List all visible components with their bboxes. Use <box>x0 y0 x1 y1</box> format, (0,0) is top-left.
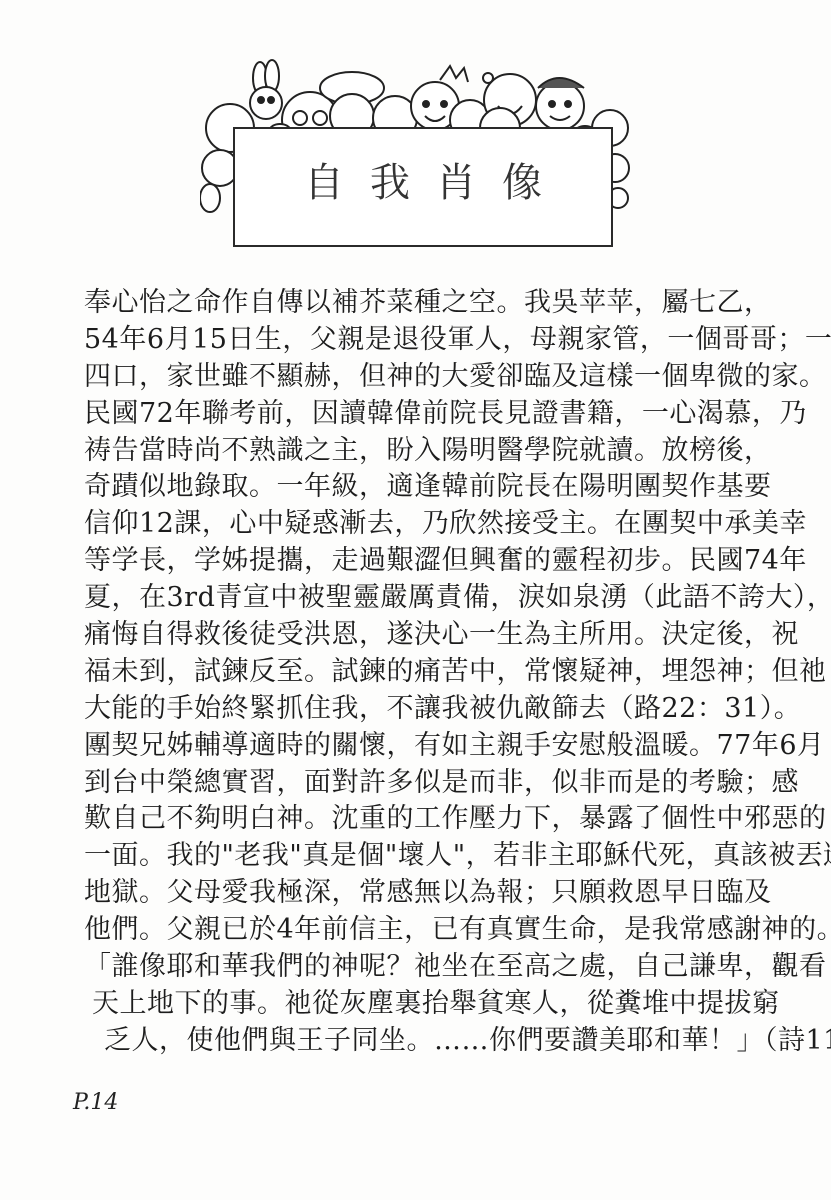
text-line: 地獄。父母愛我極深，常感無以為報；只願救恩早日臨及 <box>84 875 774 912</box>
page-title: 自我肖像 <box>235 151 611 208</box>
text-line: 祷告當時尚不熟識之主，盼入陽明醫學院就讀。放榜後， <box>84 433 774 470</box>
text-line: 奉心怡之命作自傳以補芥菜種之空。我吳苹苹，屬七乙， <box>84 285 774 322</box>
page-number: P.14 <box>73 1090 118 1115</box>
document-page: 自我肖像 奉心怡之命作自傳以補芥菜種之空。我吳苹苹，屬七乙， 54年6月15日生… <box>0 0 831 1200</box>
text-line: 一面。我的"老我"真是個"壞人"，若非主耶穌代死，真該被丟進 <box>84 838 774 875</box>
title-sign: 自我肖像 <box>233 127 613 247</box>
scripture-quote-line: 乏人，使他們與王子同坐。……你們要讚美耶和華！」（詩113） <box>84 1023 774 1060</box>
text-line: 民國72年聯考前，因讀韓偉前院長見證書籍，一心渴慕，乃 <box>84 396 774 433</box>
scripture-quote-line: 「誰像耶和華我們的神呢？祂坐在至高之處，自己謙卑，觀看 <box>84 949 774 986</box>
scripture-quote-line: 天上地下的事。祂從灰塵裏抬舉貧寒人，從糞堆中提拔窮 <box>84 986 774 1023</box>
text-line: 信仰12課，心中疑惑漸去，乃欣然接受主。在團契中承美幸 <box>84 506 774 543</box>
text-line: 福未到，試鍊反至。試鍊的痛苦中，常懷疑神，埋怨神；但祂 <box>84 654 774 691</box>
text-line: 到台中榮總實習，面對許多似是而非，似非而是的考驗；感 <box>84 765 774 802</box>
text-line: 奇蹟似地錄取。一年級，適逢韓前院長在陽明團契作基要 <box>84 469 774 506</box>
text-line: 歎自己不夠明白神。沈重的工作壓力下，暴露了個性中邪惡的 <box>84 801 774 838</box>
text-line: 大能的手始終緊抓住我，不讓我被仇敵篩去（路22：31）。 <box>84 691 774 728</box>
text-line: 54年6月15日生，父親是退役軍人，母親家管，一個哥哥；一家 <box>84 322 774 359</box>
text-line: 夏，在3rd青宣中被聖靈嚴厲責備，淚如泉湧（此語不誇大）， <box>84 580 774 617</box>
text-line: 四口，家世雖不顯赫，但神的大愛卻臨及這樣一個卑微的家。 <box>84 359 774 396</box>
text-line: 團契兄姊輔導適時的關懷，有如主親手安慰般溫暖。77年6月 <box>84 728 774 765</box>
text-line: 他們。父親已於4年前信主，已有真實生命，是我常感謝神的。 <box>84 912 774 949</box>
handwritten-body: 奉心怡之命作自傳以補芥菜種之空。我吳苹苹，屬七乙， 54年6月15日生，父親是退… <box>84 285 774 1060</box>
text-line: 等学長，学姊提攜，走過艱澀但興奮的靈程初步。民國74年 <box>84 543 774 580</box>
text-line: 痛悔自得救後徒受洪恩，遂決心一生為主所用。決定後，祝 <box>84 617 774 654</box>
